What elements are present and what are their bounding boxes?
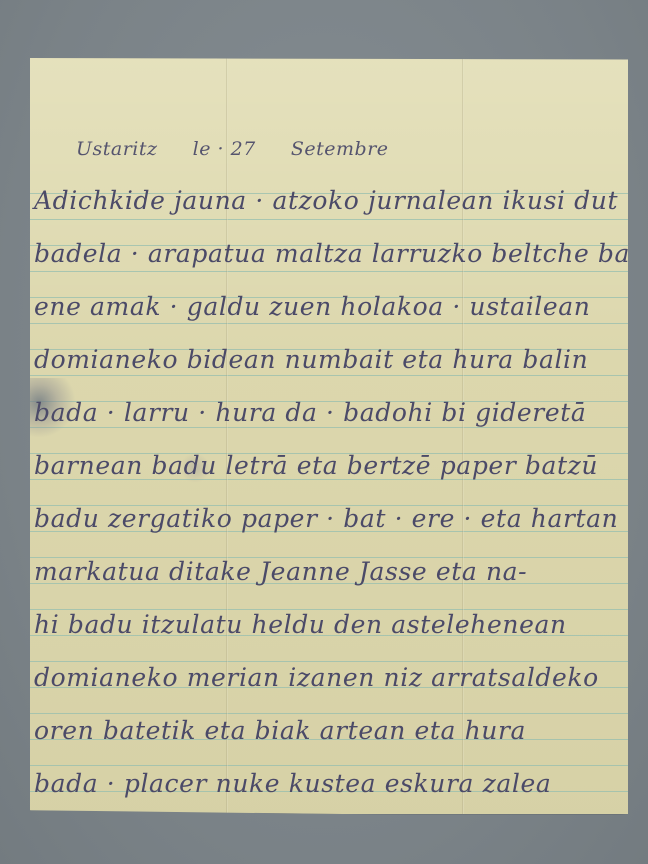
handwritten-line-2: badela · arapatua maltza larruzko beltch…: [34, 239, 614, 269]
handwritten-line-9: hi badu itzulatu heldu den astelehenean: [34, 610, 614, 640]
handwritten-line-10: domianeko merian izanen niz arratsaldeko: [34, 663, 614, 693]
handwritten-line-11: oren batetik eta biak artean eta hura: [34, 716, 614, 746]
handwritten-line-3: ene amak · galdu zuen holakoa · ustailea…: [34, 292, 614, 322]
handwritten-line-5: bada · larru · hura da · badohi bi gider…: [34, 398, 614, 428]
letter-body: Adichkide jauna · atzoko jurnalean ikusi…: [30, 58, 628, 814]
handwritten-line-4: domianeko bidean numbait eta hura balin: [34, 345, 614, 375]
handwritten-line-8: markatua ditake Jeanne Jasse eta na-: [34, 557, 614, 587]
handwritten-line-6: barnean badu letrā eta bertzē paper batz…: [34, 451, 614, 481]
letter-sheet: Ustaritz le · 27 Setembre Adichkide jaun…: [30, 58, 628, 814]
handwritten-line-1: Adichkide jauna · atzoko jurnalean ikusi…: [34, 186, 614, 216]
handwritten-line-12: bada · placer nuke kustea eskura zalea: [34, 769, 614, 799]
handwritten-line-7: badu zergatiko paper · bat · ere · eta h…: [34, 504, 614, 534]
